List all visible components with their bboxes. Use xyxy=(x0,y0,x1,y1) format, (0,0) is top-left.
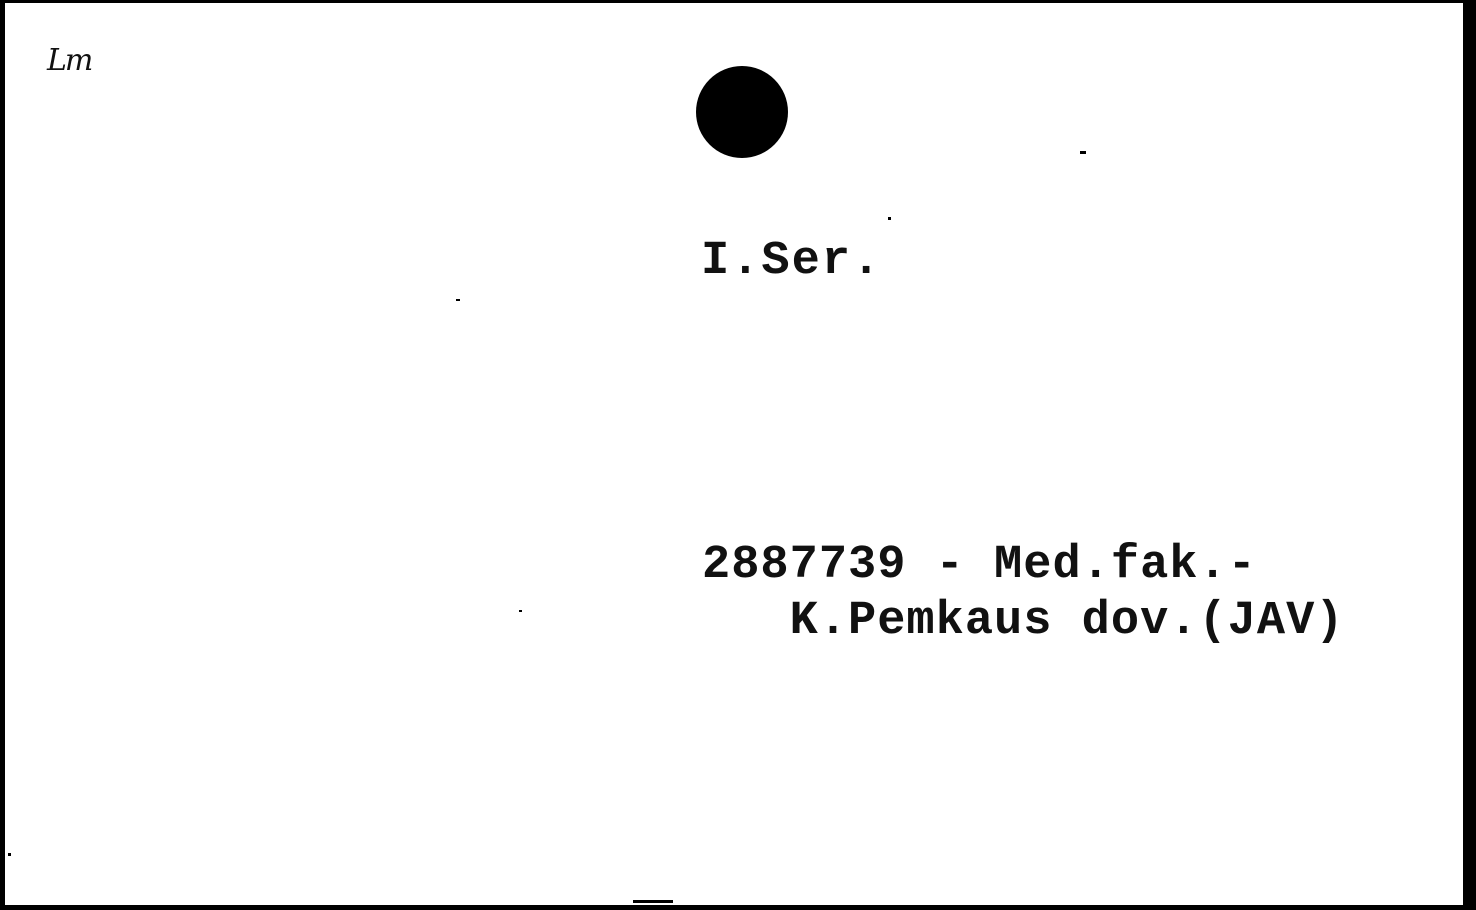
punch-hole xyxy=(696,66,788,158)
series-label: I.Ser. xyxy=(701,235,882,288)
entry-line-2: K.Pemkaus dov.(JAV) xyxy=(702,595,1345,648)
index-card: Lm I.Ser. 2887739 - Med.fak.- K.Pemkaus … xyxy=(5,3,1467,905)
entry-line-1: 2887739 - Med.fak.- xyxy=(702,539,1257,592)
speck xyxy=(1080,151,1086,154)
speck xyxy=(8,853,11,856)
speck xyxy=(633,900,673,903)
speck xyxy=(519,610,522,612)
handwritten-corner-mark: Lm xyxy=(47,43,91,78)
speck xyxy=(456,299,460,301)
speck xyxy=(888,217,891,220)
